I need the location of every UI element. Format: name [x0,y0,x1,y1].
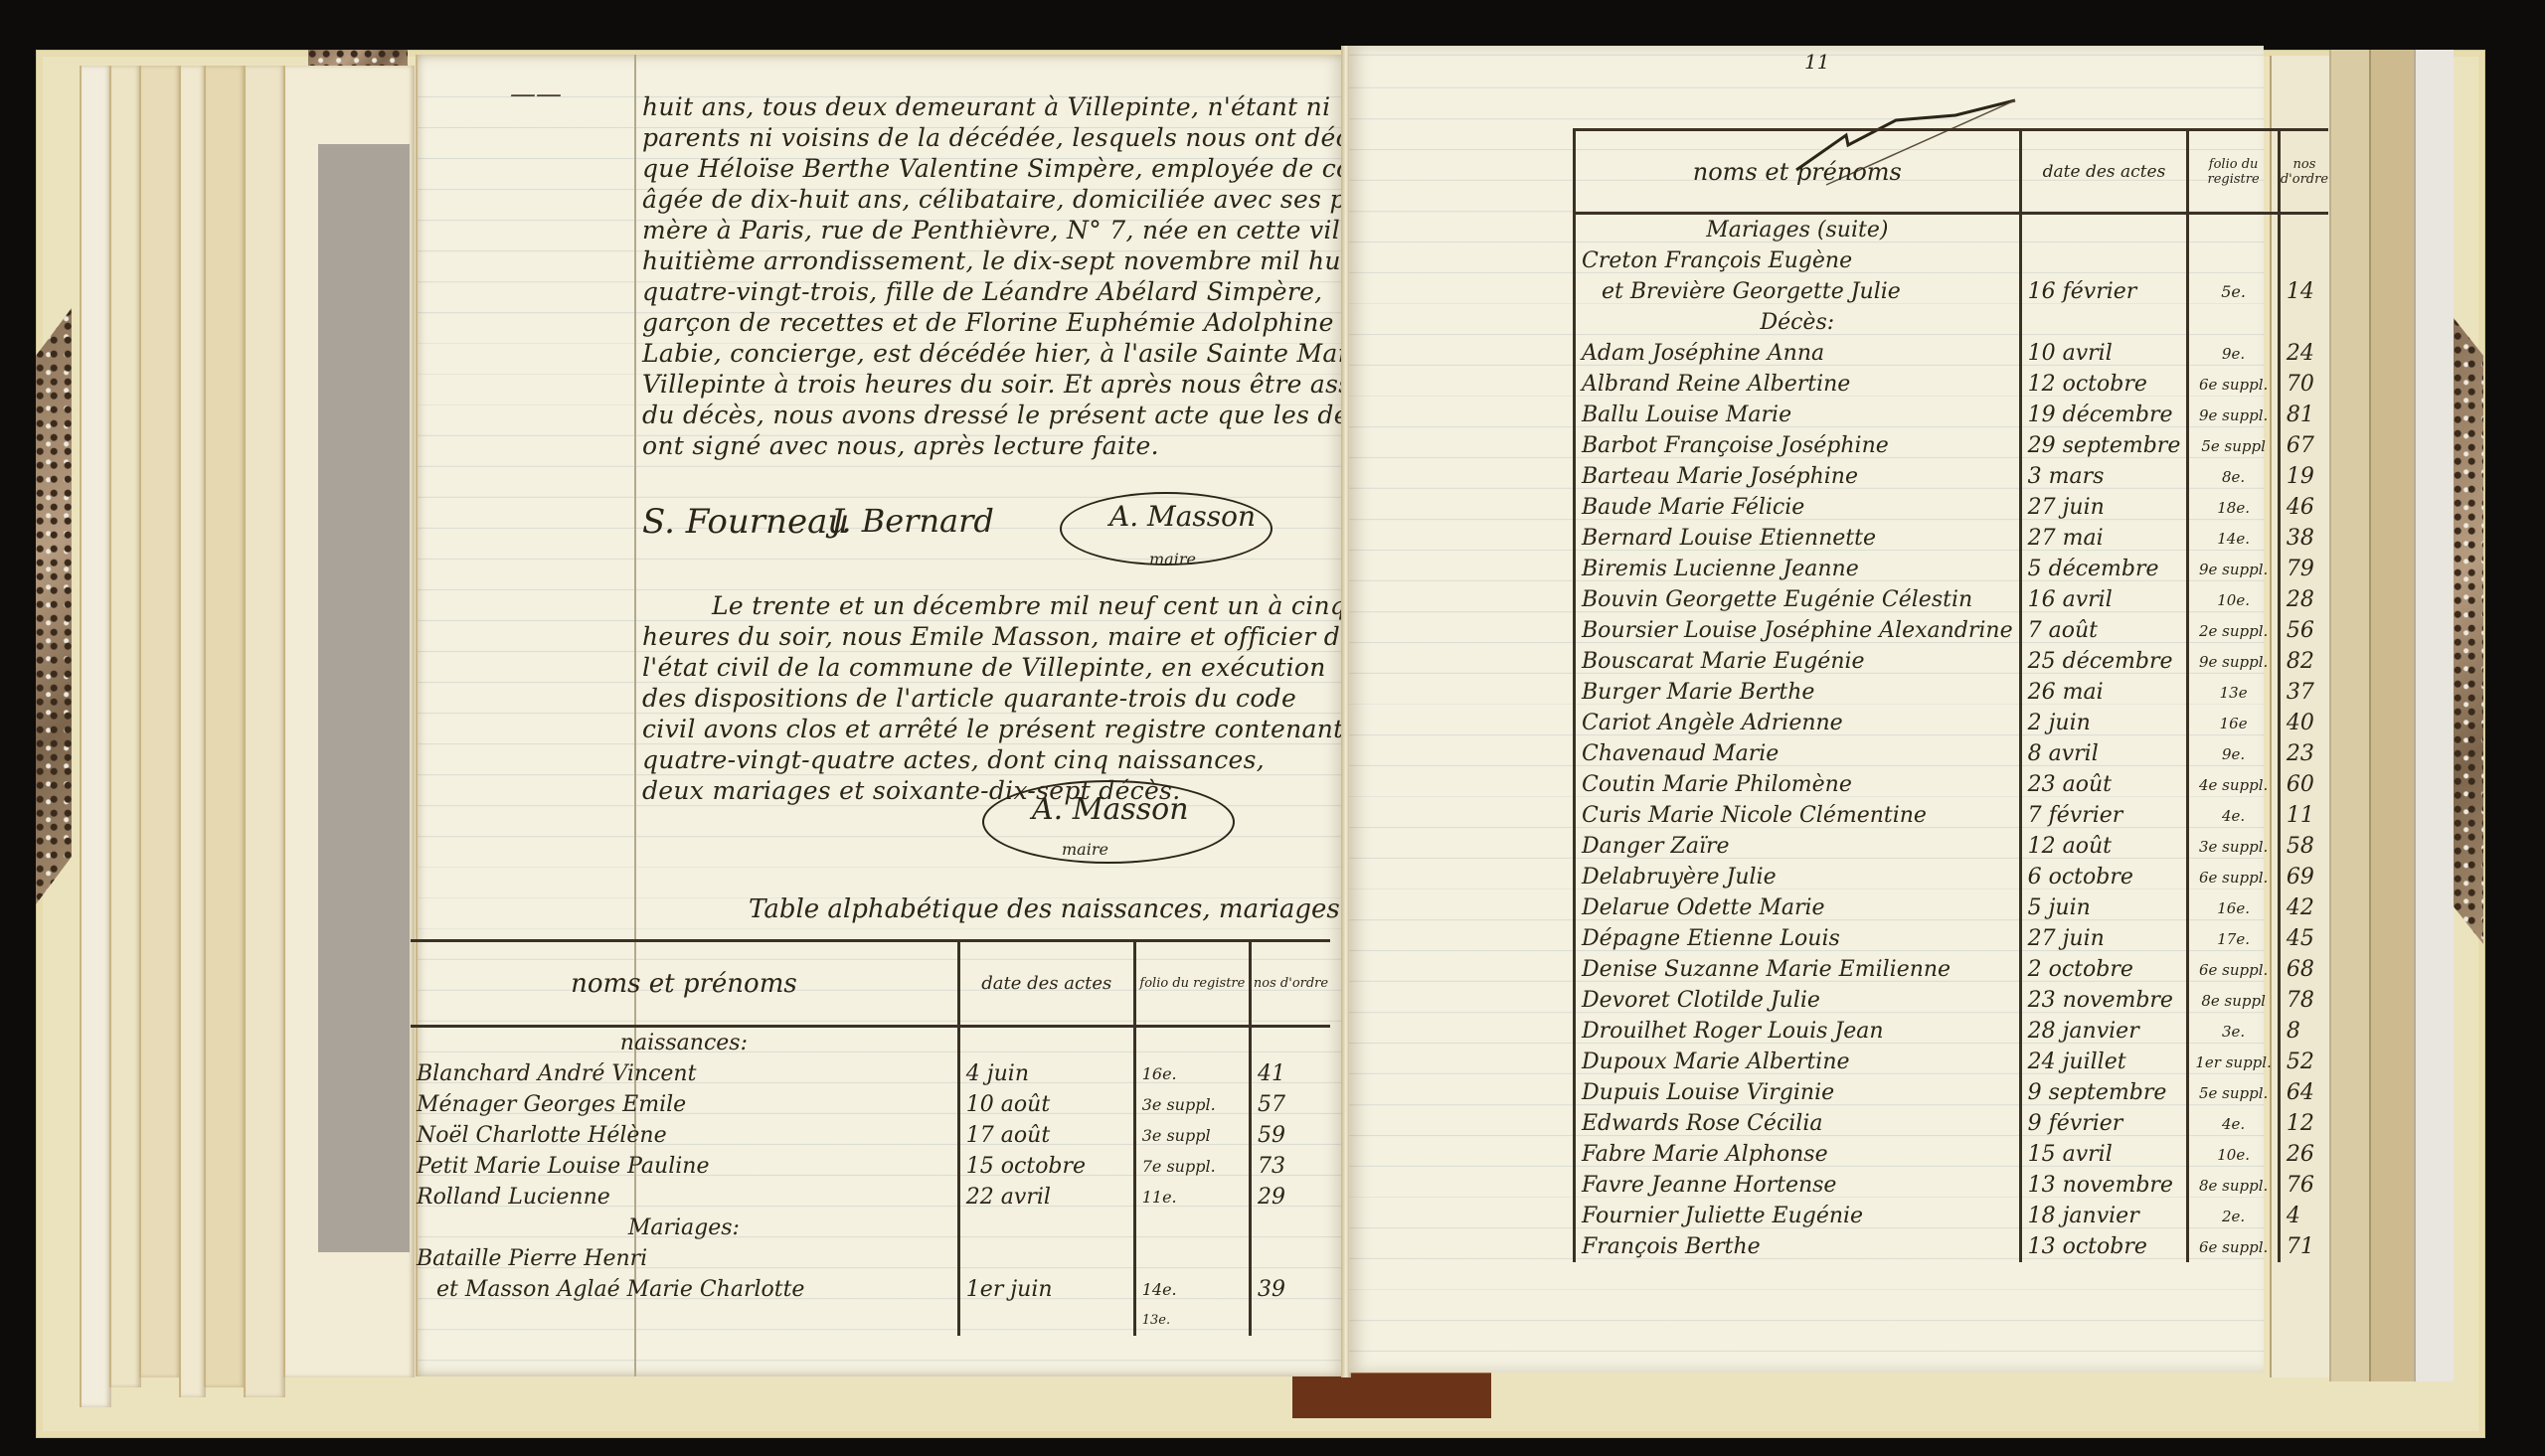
entry-date: 26 mai [2020,677,2188,708]
entry-name: Dépagne Etienne Louis [1575,923,2021,954]
entry-number: 37 [2279,677,2328,708]
marbled-cover-right [2454,318,2483,944]
entry-number: 57 [1251,1089,1330,1120]
entry-date: 9 septembre [2020,1077,2188,1108]
entry-name: Dupuis Louise Virginie [1575,1077,2021,1108]
entry-name: Delarue Odette Marie [1575,892,2021,923]
entry-folio: 2e suppl. [2188,615,2280,646]
table-row: et Masson Aglaé Marie Charlotte1er juin1… [411,1274,1330,1305]
table-row: Burger Marie Berthe26 mai13e37 [1575,677,2329,708]
col-header-date: date des actes [2020,130,2188,214]
entry-date: 5 décembre [2020,554,2188,584]
entry-date: 8 avril [2020,738,2188,769]
text-line: quatre-vingt-trois, fille de Léandre Abé… [642,277,1322,306]
seal-caption: maire [1062,840,1108,859]
entry-number: 4 [2279,1201,2328,1231]
entry-number: 23 [2279,738,2328,769]
folio-footnote: 13e. [1134,1305,1250,1336]
entry-folio: 6e suppl. [2188,1231,2280,1262]
text-line: âgée de dix-huit ans, célibataire, domic… [642,185,1422,214]
entry-number: 26 [2279,1139,2328,1170]
table-row: Cariot Angèle Adrienne2 juin16e40 [1575,708,2329,738]
entry-number: 46 [2279,492,2328,523]
table-row: Bataille Pierre Henri [411,1243,1330,1274]
entry-number: 39 [1251,1274,1330,1305]
text-line: Villepinte à trois heures du soir. Et ap… [642,370,1395,399]
table-row: Bernard Louise Etiennette27 mai14e.38 [1575,523,2329,554]
table-row: Fabre Marie Alphonse15 avril10e.26 [1575,1139,2329,1170]
entry-folio: 16e [2188,708,2280,738]
entry-folio: 9e suppl. [2188,400,2280,430]
entry-name: Danger Zaïre [1575,831,2021,862]
entry-date: 23 août [2020,769,2188,800]
folio-number: 11 [1804,50,1829,74]
entry-date: 3 mars [2020,461,2188,492]
page-stub [2329,50,2371,1381]
entry-name: Fournier Juliette Eugénie [1575,1201,2021,1231]
table-row: Barteau Marie Joséphine3 mars8e.19 [1575,461,2329,492]
entry-folio: 7e suppl. [1134,1151,1250,1182]
seal-caption: maire [1149,550,1196,568]
signature: A. Masson [1109,500,1256,533]
table-row: Curis Marie Nicole Clémentine7 février4e… [1575,800,2329,831]
signature-block-1: S. Fourneau J. Bernard A. Masson maire [642,492,1338,581]
entry-number: 58 [2279,831,2328,862]
entry-folio: 4e suppl. [2188,769,2280,800]
entry-name: Blanchard André Vincent [411,1058,958,1089]
entry-date: 24 juillet [2020,1047,2188,1077]
entry-date: 16 avril [2020,584,2188,615]
page-stub [244,66,285,1397]
entry-date: 16 février [2020,276,2188,307]
entry-folio: 16e. [1134,1058,1250,1089]
entry-date: 1er juin [958,1274,1134,1305]
text-line: garçon de recettes et de Florine Euphémi… [642,308,1334,337]
page-stub [2369,50,2416,1381]
table-row: Petit Marie Louise Pauline15 octobre7e s… [411,1151,1330,1182]
text-line: ont signé avec nous, après lecture faite… [642,431,1159,460]
signature: J. Bernard [831,502,994,540]
entry-date: 18 janvier [2020,1201,2188,1231]
col-header-folio: folio du registre [1134,941,1250,1027]
entry-name: Bouvin Georgette Eugénie Célestin [1575,584,2021,615]
entry-number: 28 [2279,584,2328,615]
entry-folio: 9e suppl. [2188,646,2280,677]
table-row: Chavenaud Marie8 avril9e.23 [1575,738,2329,769]
table-row: Fournier Juliette Eugénie18 janvier2e.4 [1575,1201,2329,1231]
table-row: Delarue Odette Marie5 juin16e.42 [1575,892,2329,923]
entry-date: 12 octobre [2020,369,2188,400]
entry-name: Rolland Lucienne [411,1182,958,1213]
entry-folio: 9e suppl. [2188,554,2280,584]
col-header-names: noms et prénoms [411,941,958,1027]
entry-name: Barbot Françoise Joséphine [1575,430,2021,461]
entry-date: 23 novembre [2020,985,2188,1016]
entry-number [1251,1243,1330,1274]
text-line: du décès, nous avons dressé le présent a… [642,401,1453,429]
entry-name: Noël Charlotte Hélène [411,1120,958,1151]
page-stub [80,66,111,1407]
entry-date: 10 avril [2020,338,2188,369]
entry-date: 22 avril [958,1182,1134,1213]
entry-folio: 17e. [2188,923,2280,954]
table-row: Adam Joséphine Anna10 avril9e.24 [1575,338,2329,369]
text-line: des dispositions de l'article quarante-t… [642,684,1296,713]
entry-date: 19 décembre [2020,400,2188,430]
entry-number: 29 [1251,1182,1330,1213]
entry-date: 7 février [2020,800,2188,831]
table-row: Dépagne Etienne Louis27 juin17e.45 [1575,923,2329,954]
entry-folio: 9e. [2188,338,2280,369]
table-row: Boursier Louise Joséphine Alexandrine7 a… [1575,615,2329,646]
table-row: Barbot Françoise Joséphine29 septembre5e… [1575,430,2329,461]
entry-number: 68 [2279,954,2328,985]
table-row: Bouvin Georgette Eugénie Célestin16 avri… [1575,584,2329,615]
marbled-cover-left [36,308,72,904]
entry-folio: 5e suppl [2188,430,2280,461]
entry-number: 78 [2279,985,2328,1016]
entry-date: 25 décembre [2020,646,2188,677]
table-row: Ballu Louise Marie19 décembre9e suppl.81 [1575,400,2329,430]
col-header-folio: folio du registre [2188,130,2280,214]
entry-name: Delabruyère Julie [1575,862,2021,892]
entry-folio: 3e. [2188,1016,2280,1047]
entry-name: Biremis Lucienne Jeanne [1575,554,2021,584]
entry-folio: 4e. [2188,800,2280,831]
entry-folio [1134,1243,1250,1274]
page-stub [2414,50,2454,1381]
book-spine-leather [1292,1372,1491,1418]
entry-name: Dupoux Marie Albertine [1575,1047,2021,1077]
index-table-left: noms et prénoms date des actes folio du … [411,939,1330,1336]
entry-date: 5 juin [2020,892,2188,923]
entry-date: 7 août [2020,615,2188,646]
table-row: Coutin Marie Philomène23 août4e suppl.60 [1575,769,2329,800]
page-stub [179,66,206,1397]
entry-name: Bernard Louise Etiennette [1575,523,2021,554]
table-row: Bouscarat Marie Eugénie25 décembre9e sup… [1575,646,2329,677]
entry-name: Albrand Reine Albertine [1575,369,2021,400]
entry-number: 11 [2279,800,2328,831]
entry-number: 79 [2279,554,2328,584]
table-row: Ménager Georges Emile10 août3e suppl.57 [411,1089,1330,1120]
entry-folio: 11e. [1134,1182,1250,1213]
entry-name: Baude Marie Félicie [1575,492,2021,523]
entry-number: 82 [2279,646,2328,677]
index-table-right: noms et prénoms date des actes folio du … [1573,128,2328,1262]
entry-folio: 6e suppl. [2188,862,2280,892]
signature: S. Fourneau [642,502,849,542]
entry-name: Petit Marie Louise Pauline [411,1151,958,1182]
entry-folio: 18e. [2188,492,2280,523]
entry-folio: 5e suppl. [2188,1077,2280,1108]
entry-folio: 5e. [2188,276,2280,307]
entry-date: 29 septembre [2020,430,2188,461]
table-row: François Berthe13 octobre6e suppl.71 [1575,1231,2329,1262]
entry-number: 56 [2279,615,2328,646]
entry-name: Adam Joséphine Anna [1575,338,2021,369]
entry-number: 42 [2279,892,2328,923]
grey-insert-sheet [318,144,410,1252]
table-row: Albrand Reine Albertine12 octobre6e supp… [1575,369,2329,400]
entry-number: 70 [2279,369,2328,400]
entry-date: 27 mai [2020,523,2188,554]
table-row: Biremis Lucienne Jeanne5 décembre9e supp… [1575,554,2329,584]
entry-folio: 10e. [2188,1139,2280,1170]
table-row: Rolland Lucienne22 avril11e.29 [411,1182,1330,1213]
entry-number: 8 [2279,1016,2328,1047]
entry-name: Cariot Angèle Adrienne [1575,708,2021,738]
entry-name: Fabre Marie Alphonse [1575,1139,2021,1170]
text-line: Labie, concierge, est décédée hier, à l'… [642,339,1413,368]
entry-name: Barteau Marie Joséphine [1575,461,2021,492]
entry-number: 19 [2279,461,2328,492]
entry-folio: 9e. [2188,738,2280,769]
table-row: Edwards Rose Cécilia9 février4e.12 [1575,1108,2329,1139]
table-row: Creton François Eugène [1575,245,2329,276]
entry-name: Coutin Marie Philomène [1575,769,2021,800]
entry-number: 12 [2279,1108,2328,1139]
entry-folio: 2e. [2188,1201,2280,1231]
entry-number: 52 [2279,1047,2328,1077]
text-line: Le trente et un décembre mil neuf cent u… [712,591,1346,620]
entry-number: 64 [2279,1077,2328,1108]
entry-date: 17 août [958,1120,1134,1151]
entry-name: Chavenaud Marie [1575,738,2021,769]
section-heading: Mariages: [411,1213,958,1243]
entry-number: 24 [2279,338,2328,369]
entry-name: Bouscarat Marie Eugénie [1575,646,2021,677]
entry-number: 60 [2279,769,2328,800]
table-row: Denise Suzanne Marie Emilienne2 octobre6… [1575,954,2329,985]
entry-folio: 8e suppl [2188,985,2280,1016]
text-line: huitième arrondissement, le dix-sept nov… [642,246,1424,275]
section-heading: Mariages (suite) [1575,214,2021,246]
table-row: Dupuis Louise Virginie9 septembre5e supp… [1575,1077,2329,1108]
entry-number: 71 [2279,1231,2328,1262]
entry-name: Boursier Louise Joséphine Alexandrine [1575,615,2021,646]
entry-number: 76 [2279,1170,2328,1201]
entry-date [958,1243,1134,1274]
left-page: —— huit ans, tous deux demeurant à Ville… [416,55,1345,1376]
table-row: Dupoux Marie Albertine24 juillet1er supp… [1575,1047,2329,1077]
signature-block-2: A. Masson maire [982,770,1241,870]
entry-folio: 6e suppl. [2188,369,2280,400]
entry-folio: 3e suppl. [1134,1089,1250,1120]
table-row: Devoret Clotilde Julie23 novembre8e supp… [1575,985,2329,1016]
entry-number: 38 [2279,523,2328,554]
entry-date: 2 juin [2020,708,2188,738]
text-line: huit ans, tous deux demeurant à Villepin… [642,92,1330,121]
entry-name: Edwards Rose Cécilia [1575,1108,2021,1139]
entry-date: 28 janvier [2020,1016,2188,1047]
entry-folio: 8e. [2188,461,2280,492]
section-heading: naissances: [411,1027,958,1059]
entry-number: 67 [2279,430,2328,461]
entry-name: Ballu Louise Marie [1575,400,2021,430]
text-line: l'état civil de la commune de Villepinte… [642,653,1326,682]
entry-date: 6 octobre [2020,862,2188,892]
entry-name: Curis Marie Nicole Clémentine [1575,800,2021,831]
entry-folio: 10e. [2188,584,2280,615]
entry-number: 41 [1251,1058,1330,1089]
entry-date: 15 octobre [958,1151,1134,1182]
entry-name: et Brevière Georgette Julie [1575,276,2021,307]
entry-number: 45 [2279,923,2328,954]
entry-date: 13 octobre [2020,1231,2188,1262]
entry-folio: 13e [2188,677,2280,708]
entry-date: 15 avril [2020,1139,2188,1170]
entry-number: 14 [2279,276,2328,307]
table-row: Delabruyère Julie6 octobre6e suppl.69 [1575,862,2329,892]
entry-folio: 16e. [2188,892,2280,923]
table-row: Noël Charlotte Hélène17 août3e suppl59 [411,1120,1330,1151]
entry-name: François Berthe [1575,1231,2021,1262]
entry-name: et Masson Aglaé Marie Charlotte [411,1274,958,1305]
entry-number: 69 [2279,862,2328,892]
entry-folio: 3e suppl. [2188,831,2280,862]
text-line: civil avons clos et arrêté le présent re… [642,715,1343,743]
table-row: Danger Zaïre12 août3e suppl.58 [1575,831,2329,862]
entry-name: Favre Jeanne Hortense [1575,1170,2021,1201]
table-row: Baude Marie Félicie27 juin18e.46 [1575,492,2329,523]
signature: A. Masson [1032,792,1189,827]
entry-folio: 4e. [2188,1108,2280,1139]
entry-date: 10 août [958,1089,1134,1120]
page-stub [139,66,181,1377]
entry-name: Bataille Pierre Henri [411,1243,958,1274]
entry-folio: 14e. [2188,523,2280,554]
entry-date: 12 août [2020,831,2188,862]
entry-name: Drouilhet Roger Louis Jean [1575,1016,2021,1047]
entry-folio: 14e. [1134,1274,1250,1305]
col-header-date: date des actes [958,941,1134,1027]
right-page: 11 noms et prénoms date des actes folio … [1349,46,2264,1373]
entry-name: Burger Marie Berthe [1575,677,2021,708]
entry-date: 9 février [2020,1108,2188,1139]
entry-folio: 8e suppl. [2188,1170,2280,1201]
entry-date: 27 juin [2020,923,2188,954]
dash-mark: —— [510,80,562,109]
entry-name: Ménager Georges Emile [411,1089,958,1120]
table-row: Blanchard André Vincent4 juin16e.41 [411,1058,1330,1089]
entry-name: Devoret Clotilde Julie [1575,985,2021,1016]
entry-number: 81 [2279,400,2328,430]
table-row: Drouilhet Roger Louis Jean28 janvier3e.8 [1575,1016,2329,1047]
entry-number: 59 [1251,1120,1330,1151]
col-header-names: noms et prénoms [1575,130,2021,214]
section-heading: Décès: [1575,307,2021,338]
entry-date: 27 juin [2020,492,2188,523]
text-line: mère à Paris, rue de Penthièvre, N° 7, n… [642,216,1372,244]
entry-name: Denise Suzanne Marie Emilienne [1575,954,2021,985]
entry-folio: 6e suppl. [2188,954,2280,985]
table-row: et Brevière Georgette Julie16 février5e.… [1575,276,2329,307]
table-row: Favre Jeanne Hortense13 novembre8e suppl… [1575,1170,2329,1201]
text-line: heures du soir, nous Emile Masson, maire… [642,622,1355,651]
entry-folio: 3e suppl [1134,1120,1250,1151]
entry-number: 73 [1251,1151,1330,1182]
entry-date: 4 juin [958,1058,1134,1089]
entry-date: 13 novembre [2020,1170,2188,1201]
page-stub [204,66,246,1387]
entry-number: 40 [2279,708,2328,738]
text-line: parents ni voisins de la décédée, lesque… [642,123,1401,152]
col-header-order: nos d'ordre [2279,130,2328,214]
col-header-order: nos d'ordre [1251,941,1330,1027]
entry-folio: 1er suppl. [2188,1047,2280,1077]
entry-date: 2 octobre [2020,954,2188,985]
page-stub [109,66,141,1387]
entry-name: Creton François Eugène [1575,245,2021,276]
